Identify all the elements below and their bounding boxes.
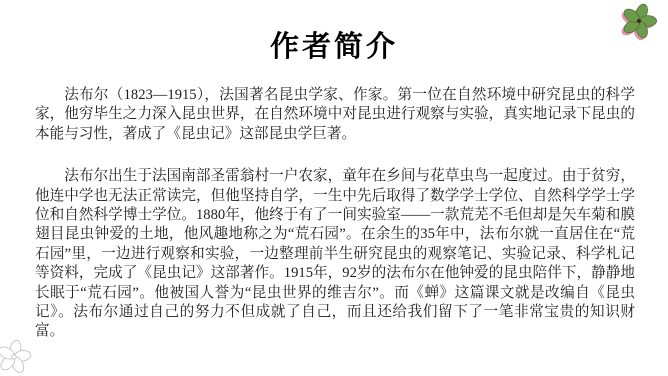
paragraph-author-life: 法布尔出生于法国南部圣雷翁村一户农家，童年在乡间与花草虫鸟一起度过。由于贫穷，他… [35, 167, 635, 342]
outline-flower-icon [0, 339, 32, 375]
slide-title: 作者简介 [0, 24, 668, 65]
slide: 作者简介 法布尔（1823—1915），法国著名昆虫学家、作家。第一位在自然环境… [0, 0, 668, 376]
outline-flower-petals [0, 339, 32, 375]
paragraph-author-intro: 法布尔（1823—1915），法国著名昆虫学家、作家。第一位在自然环境中研究昆虫… [35, 86, 635, 144]
outline-flower-center [11, 354, 16, 359]
body-text: 法布尔（1823—1915），法国著名昆虫学家、作家。第一位在自然环境中研究昆虫… [35, 86, 635, 342]
